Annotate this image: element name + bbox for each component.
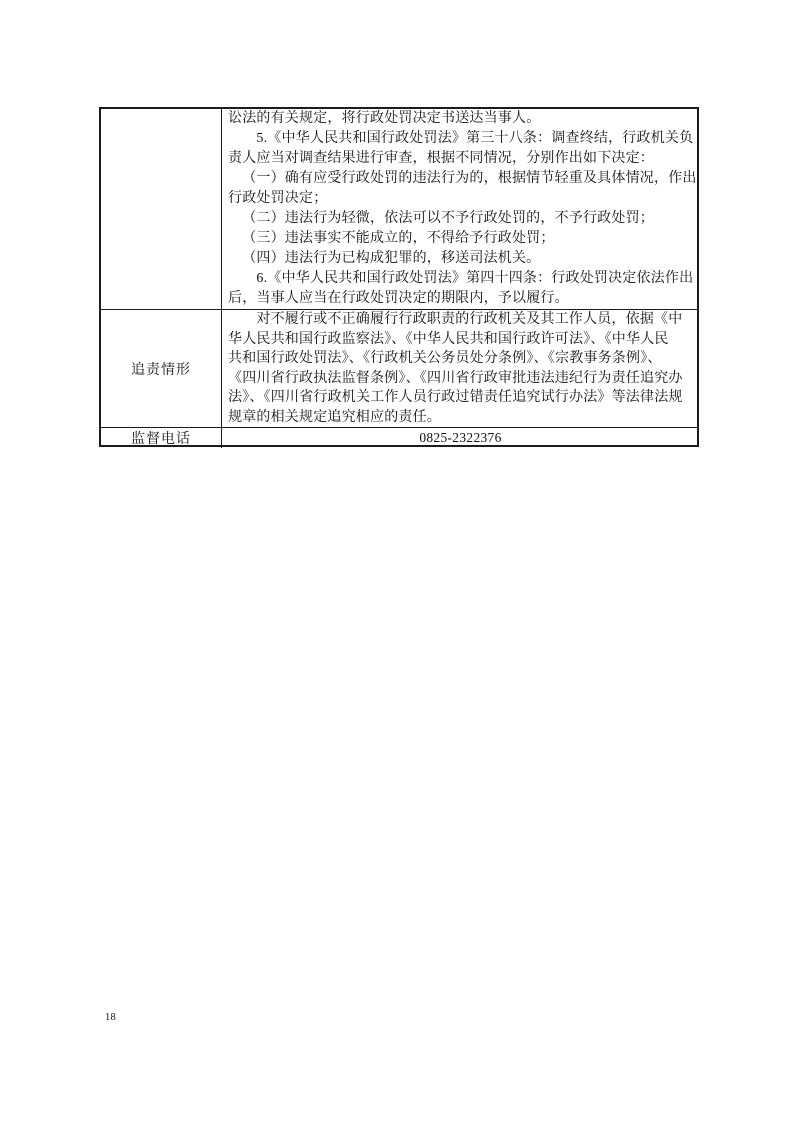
text-line: 对不履行或不正确履行行政职责的行政机关及其工作人员，依据《中 xyxy=(228,310,693,330)
table-row-phone: 监督电话 0825-2322376 xyxy=(101,427,697,448)
text-line: 华人民共和国行政监察法》、《中华人民共和国行政许可法》、《中华人民 xyxy=(228,330,693,350)
penalty-procedure-table: 讼法的有关规定，将行政处罚决定书送达当事人。5.《中华人民共和国行政处罚法》第三… xyxy=(99,107,699,447)
text-line: （二）违法行为轻微，依法可以不予行政处罚的，不予行政处罚； xyxy=(228,209,693,229)
text-line: 行政处罚决定； xyxy=(228,189,693,209)
accountability-row-label: 追责情形 xyxy=(101,310,222,427)
text-line: 责人应当对调查结果进行审查，根据不同情况，分别作出如下决定： xyxy=(228,149,693,169)
continuation-row-content: 讼法的有关规定，将行政处罚决定书送达当事人。5.《中华人民共和国行政处罚法》第三… xyxy=(222,109,697,309)
text-line: 《四川省行政执法监督条例》、《四川省行政审批违法违纪行为责任追究办 xyxy=(228,369,693,389)
phone-row-label: 监督电话 xyxy=(101,428,222,448)
text-line: （四）违法行为已构成犯罪的，移送司法机关。 xyxy=(228,249,693,269)
text-line: （三）违法事实不能成立的，不得给予行政处罚； xyxy=(228,229,693,249)
text-line: 5.《中华人民共和国行政处罚法》第三十八条：调查终结，行政机关负 xyxy=(228,129,693,149)
text-line: 规章的相关规定追究相应的责任。 xyxy=(228,408,693,428)
table-row-continuation: 讼法的有关规定，将行政处罚决定书送达当事人。5.《中华人民共和国行政处罚法》第三… xyxy=(101,109,697,309)
text-line: （一）确有应受行政处罚的违法行为的，根据情节轻重及具体情况，作出 xyxy=(228,169,693,189)
text-line: 讼法的有关规定，将行政处罚决定书送达当事人。 xyxy=(228,109,693,129)
page-number: 18 xyxy=(105,1012,116,1023)
accountability-row-content: 对不履行或不正确履行行政职责的行政机关及其工作人员，依据《中华人民共和国行政监察… xyxy=(222,310,697,427)
text-line: 后，当事人应当在行政处罚决定的期限内，予以履行。 xyxy=(228,289,693,309)
table-row-accountability: 追责情形 对不履行或不正确履行行政职责的行政机关及其工作人员，依据《中华人民共和… xyxy=(101,309,697,427)
text-line: 法》、《四川省行政机关工作人员行政过错责任追究试行办法》等法律法规 xyxy=(228,388,693,408)
supervision-phone-number: 0825-2322376 xyxy=(222,428,697,448)
row-label-cell-empty xyxy=(101,109,222,309)
text-line: 6.《中华人民共和国行政处罚法》第四十四条：行政处罚决定依法作出 xyxy=(228,269,693,289)
text-line: 共和国行政处罚法》、《行政机关公务员处分条例》、《宗教事务条例》、 xyxy=(228,349,693,369)
